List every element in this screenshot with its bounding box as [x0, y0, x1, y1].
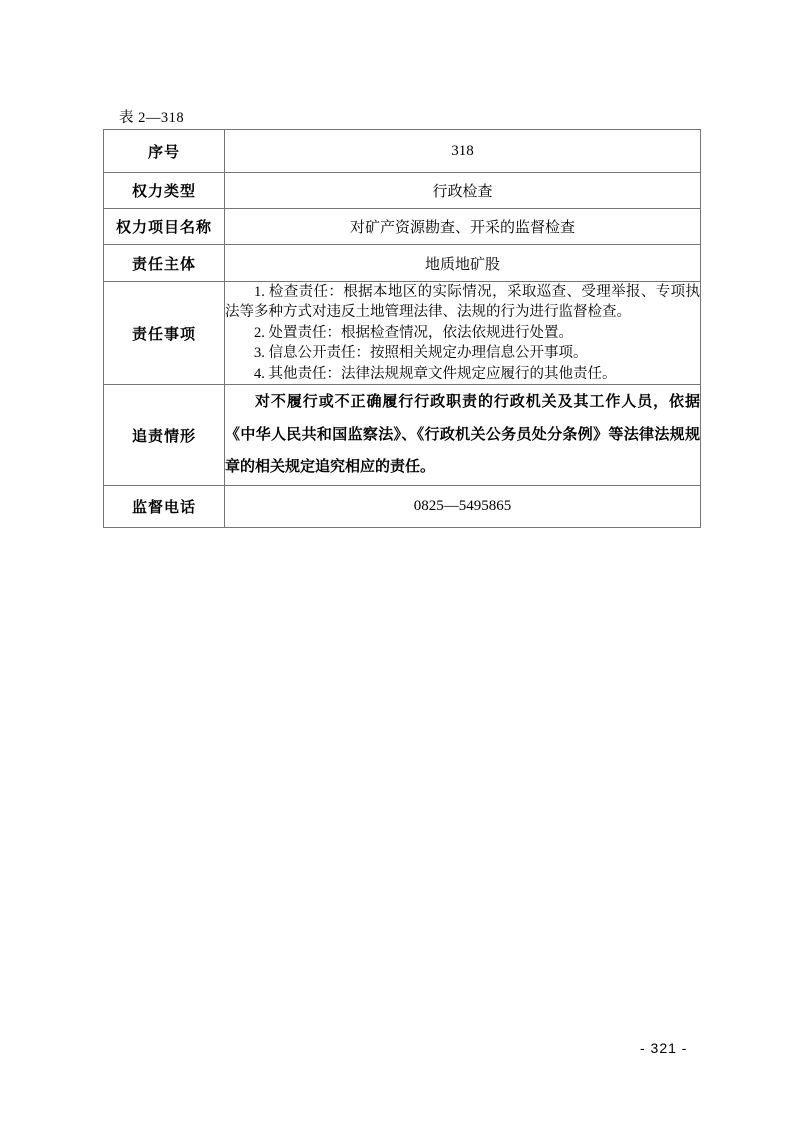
- row-label-power-item-name: 权力项目名称: [104, 209, 225, 245]
- row-label-duty-items: 责任事项: [104, 282, 225, 385]
- duty-item-information-disclosure: 3. 信息公开责任：按照相关规定办理信息公开事项。: [225, 343, 700, 363]
- row-label-responsible-entity: 责任主体: [104, 245, 225, 282]
- duty-item-other: 4. 其他责任：法律法规规章文件规定应履行的其他责任。: [225, 364, 700, 384]
- table-row-duty-items: 责任事项 1. 检查责任：根据本地区的实际情况，采取巡查、受理举报、专项执法等多…: [104, 282, 701, 385]
- table-row-accountability: 追责情形 对不履行或不正确履行行政职责的行政机关及其工作人员，依据《中华人民共和…: [104, 385, 701, 486]
- table-caption: 表 2—318: [119, 106, 184, 127]
- row-value-responsible-entity: 地质地矿股: [225, 245, 701, 282]
- table-row-serial-number: 序号 318: [104, 130, 701, 173]
- table-row-power-item-name: 权力项目名称 对矿产资源勘查、开采的监督检查: [104, 209, 701, 245]
- row-label-serial-number: 序号: [104, 130, 225, 173]
- row-value-supervision-phone: 0825—5495865: [225, 486, 701, 528]
- row-value-serial-number: 318: [225, 130, 701, 173]
- row-value-duty-items: 1. 检查责任：根据本地区的实际情况，采取巡查、受理举报、专项执法等多种方式对违…: [225, 282, 701, 385]
- duty-item-disposal: 2. 处置责任：根据检查情况，依法依规进行处置。: [225, 323, 700, 343]
- row-value-power-type: 行政检查: [225, 173, 701, 209]
- row-label-accountability: 追责情形: [104, 385, 225, 486]
- accountability-text: 对不履行或不正确履行行政职责的行政机关及其工作人员，依据《中华人民共和国监察法》…: [225, 386, 700, 484]
- table-row-supervision-phone: 监督电话 0825—5495865: [104, 486, 701, 528]
- document-page: 表 2—318 序号 318 权力类型 行政检查 权力项目名称 对矿产资源勘查、…: [0, 0, 793, 1122]
- row-label-supervision-phone: 监督电话: [104, 486, 225, 528]
- page-number: - 321 -: [640, 1040, 687, 1056]
- row-value-accountability: 对不履行或不正确履行行政职责的行政机关及其工作人员，依据《中华人民共和国监察法》…: [225, 385, 701, 486]
- table-row-power-type: 权力类型 行政检查: [104, 173, 701, 209]
- duty-item-inspection: 1. 检查责任：根据本地区的实际情况，采取巡查、受理举报、专项执法等多种方式对违…: [225, 282, 700, 323]
- table-row-responsible-entity: 责任主体 地质地矿股: [104, 245, 701, 282]
- row-label-power-type: 权力类型: [104, 173, 225, 209]
- responsibility-table: 序号 318 权力类型 行政检查 权力项目名称 对矿产资源勘查、开采的监督检查 …: [103, 129, 701, 528]
- row-value-power-item-name: 对矿产资源勘查、开采的监督检查: [225, 209, 701, 245]
